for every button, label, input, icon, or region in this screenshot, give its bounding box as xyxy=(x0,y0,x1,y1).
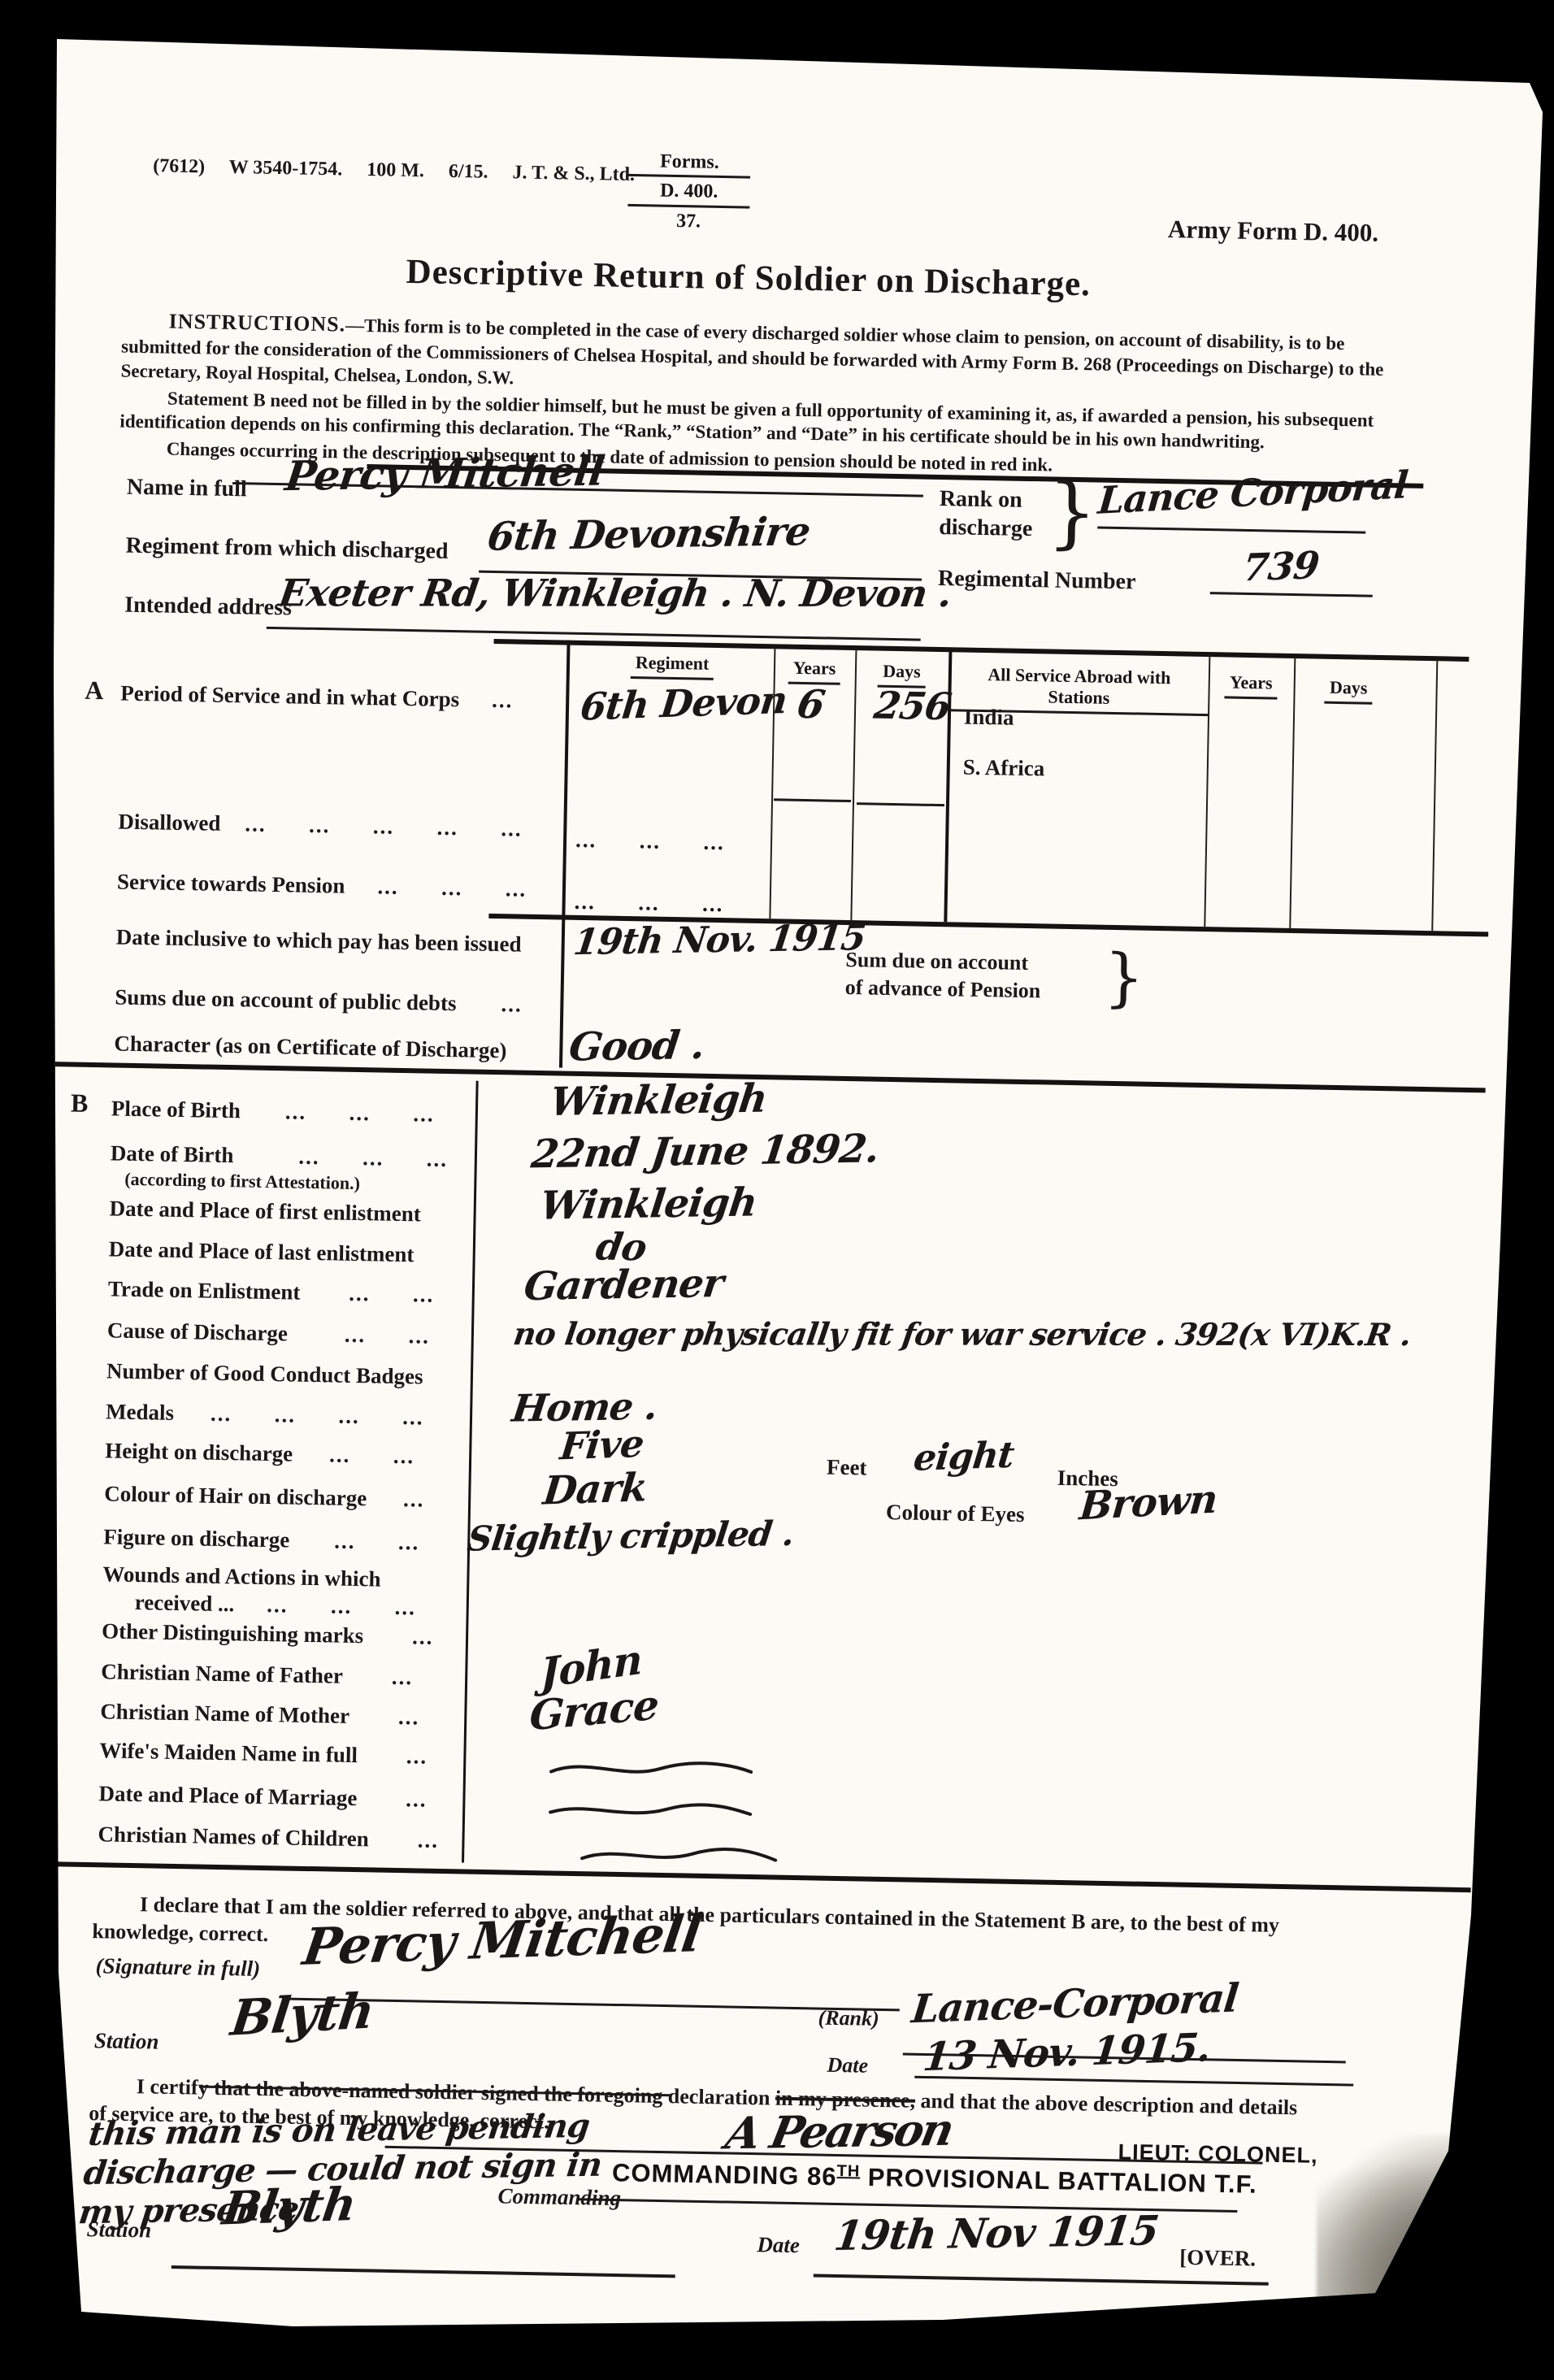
officer-signature-value: A Pearson xyxy=(722,2104,957,2160)
character-label: Character (as on Certificate of Discharg… xyxy=(114,1031,507,1063)
station2-value: Blyth xyxy=(219,2178,359,2236)
name-label: Name in full xyxy=(127,475,247,503)
height-inches-hw-value: eight xyxy=(912,1435,1016,1479)
date2-value: 19th Nov 1915 xyxy=(831,2206,1161,2260)
date-footer-value: 13 Nov. 1915. xyxy=(921,2025,1213,2080)
figure-value: Slightly crippled . xyxy=(465,1514,796,1559)
last-enlistment-label: Date and Place of last enlistment xyxy=(108,1236,414,1267)
paper-corner-damage xyxy=(1317,2135,1554,2346)
hair-colour-value: Dark xyxy=(541,1465,649,1514)
document-page: (7612) W 3540-1754. 100 M. 6/15. J. T. &… xyxy=(49,21,1552,2339)
regimental-number-underline xyxy=(1210,592,1373,597)
height-feet-hw-value: Five xyxy=(558,1422,646,1469)
rank-brace: } xyxy=(1047,472,1098,551)
place-of-birth-value: Winkleigh xyxy=(548,1075,770,1125)
section-a-letter: A xyxy=(85,675,104,706)
officer-rank-stamp: LIEUT: COLONEL, xyxy=(1118,2139,1318,2169)
instructions-label: INSTRUCTIONS. xyxy=(168,310,345,337)
days-cell-rule xyxy=(857,802,944,806)
page-content: (7612) W 3540-1754. 100 M. 6/15. J. T. &… xyxy=(7,20,1553,2365)
rank-underline xyxy=(1097,527,1365,534)
station2-underline xyxy=(171,2265,675,2278)
figure-label: Figure on discharge... ... xyxy=(103,1524,420,1555)
rank-label-line1: Rank on xyxy=(940,484,1034,515)
trade-value: Gardener xyxy=(522,1261,726,1309)
intended-address-label: Intended address xyxy=(124,593,292,622)
table-vrule-2 xyxy=(850,649,857,920)
service-pension-label: Service towards Pension... ... ... xyxy=(117,870,527,902)
name-value: Percy Mitchell xyxy=(283,446,607,500)
col-header-days-abroad: Days xyxy=(1293,676,1404,705)
intended-address-underline xyxy=(267,627,921,641)
pay-issued-label: Date inclusive to which pay has been iss… xyxy=(116,924,522,957)
army-form-number: Army Form D. 400. xyxy=(1168,215,1379,248)
station-label: Station xyxy=(94,2028,159,2054)
date2-underline xyxy=(814,2274,1269,2285)
feet-label: Feet xyxy=(827,1455,867,1481)
date-of-birth-label: Date of Birth... ... ...(according to fi… xyxy=(110,1140,448,1196)
service-years-value: 6 xyxy=(794,682,827,727)
eye-colour-value: Brown xyxy=(1078,1476,1219,1529)
trade-label: Trade on Enlistment... ... xyxy=(108,1276,435,1307)
regiment-label: Regiment from which discharged xyxy=(125,533,448,565)
wife-maiden-name-label: Wife's Maiden Name in full... xyxy=(99,1738,428,1769)
blank-entry-squiggle xyxy=(546,1755,758,1783)
rank-on-discharge-label: Rank on discharge xyxy=(939,484,1033,543)
years-cell-rule xyxy=(774,798,851,802)
table-left-vrule xyxy=(559,641,571,1068)
period-of-service-label: Period of Service and in what Corps... xyxy=(120,681,514,714)
page-title: Descriptive Return of Soldier on Dischar… xyxy=(45,245,1452,311)
medals-label: Medals... ... ... ... xyxy=(106,1399,424,1430)
marriage-label: Date and Place of Marriage... xyxy=(98,1781,428,1812)
disallowed-label: Disallowed... ... ... ... ... xyxy=(118,810,523,842)
forms-box-line3: 37. xyxy=(627,206,750,234)
cause-of-discharge-label: Cause of Discharge... ... xyxy=(107,1318,430,1349)
blank-entry-squiggle xyxy=(577,1842,781,1870)
col-header-years-abroad: Years xyxy=(1208,671,1294,700)
forms-reference-box: Forms. D. 400. 37. xyxy=(627,150,751,234)
good-conduct-badges-label: Number of Good Conduct Badges xyxy=(106,1358,423,1389)
regimental-number-value: 739 xyxy=(1241,543,1322,589)
station-value: Blyth xyxy=(228,1983,376,2048)
cause-of-discharge-value: no longer physically fit for war service… xyxy=(511,1315,1413,1353)
soldier-signature-value: Percy Mitchell xyxy=(299,1904,705,1977)
service-pension-cell-dots: ... ... ... xyxy=(574,889,723,917)
intended-address-value: Exeter Rd, Winkleigh . N. Devon . xyxy=(276,571,954,615)
father-name-label: Christian Name of Father... xyxy=(101,1659,413,1690)
mother-name-label: Christian Name of Mother... xyxy=(100,1699,419,1730)
date-footer-underline xyxy=(914,2076,1353,2087)
sum-due-brace: } xyxy=(1103,946,1144,1010)
station2-label: Station xyxy=(86,2217,151,2243)
printer-imprint: (7612) W 3540-1754. 100 M. 6/15. J. T. &… xyxy=(153,155,635,186)
station-abroad-india: India xyxy=(964,705,1014,731)
date-footer-label: Date xyxy=(827,2053,868,2078)
service-regiment-value: 6th Devon xyxy=(578,678,788,729)
height-label: Height on discharge... ... xyxy=(105,1438,415,1469)
rank-footer-value: Lance-Corporal xyxy=(909,1975,1240,2032)
regiment-value: 6th Devonshire xyxy=(485,509,813,560)
blank-entry-squiggle xyxy=(545,1797,757,1826)
sum-due-label: Sum due on account of advance of Pension xyxy=(845,946,1042,1005)
character-value: Good . xyxy=(566,1023,707,1071)
pay-issued-value: 19th Nov. 1915 xyxy=(571,917,868,963)
commanding-label: Commanding xyxy=(497,2183,621,2211)
hair-colour-label: Colour of Hair on discharge... xyxy=(104,1481,425,1512)
eye-colour-label: Colour of Eyes xyxy=(886,1500,1025,1527)
date2-label: Date xyxy=(757,2232,800,2258)
disallowed-cell-dots: ... ... ... xyxy=(575,827,725,855)
table-right-vrule xyxy=(1431,659,1438,931)
section-b-letter: B xyxy=(71,1088,89,1118)
service-days-value: 256 xyxy=(871,684,954,729)
first-enlistment-label: Date and Place of first enlistment xyxy=(109,1196,421,1227)
forms-box-line2: D. 400. xyxy=(627,176,750,209)
date-of-birth-sublabel: (according to first Attestation.) xyxy=(124,1169,448,1196)
place-of-birth-label: Place of Birth... ... ... xyxy=(111,1096,435,1127)
public-debts-label: Sums due on account of public debts... xyxy=(115,984,523,1017)
date-of-birth-value: 22nd June 1892. xyxy=(529,1126,882,1177)
children-names-label: Christian Names of Children... xyxy=(98,1822,439,1853)
first-enlistment-value: Winkleigh xyxy=(537,1179,759,1229)
station-abroad-s-africa: S. Africa xyxy=(963,755,1045,782)
mother-name-value: Grace xyxy=(528,1680,659,1739)
rank-label-line2: discharge xyxy=(939,513,1033,543)
distinguishing-marks-label: Other Distinguishing marks... xyxy=(102,1618,434,1649)
wounds-label: Wounds and Actions in which received ...… xyxy=(102,1561,417,1622)
regimental-number-label: Regimental Number xyxy=(938,566,1136,595)
signature-label: (Signature in full) xyxy=(95,1953,260,1982)
forms-box-line1: Forms. xyxy=(628,150,751,179)
section-b-vrule xyxy=(462,1081,479,1863)
rank-footer-label: (Rank) xyxy=(818,2006,879,2031)
over-page-marker: [OVER. xyxy=(1179,2245,1256,2272)
col-header-regiment: Regiment xyxy=(571,651,775,682)
scanned-discharge-form: { "header": { "imprint": "(7612) W 3540-… xyxy=(0,0,1554,2380)
